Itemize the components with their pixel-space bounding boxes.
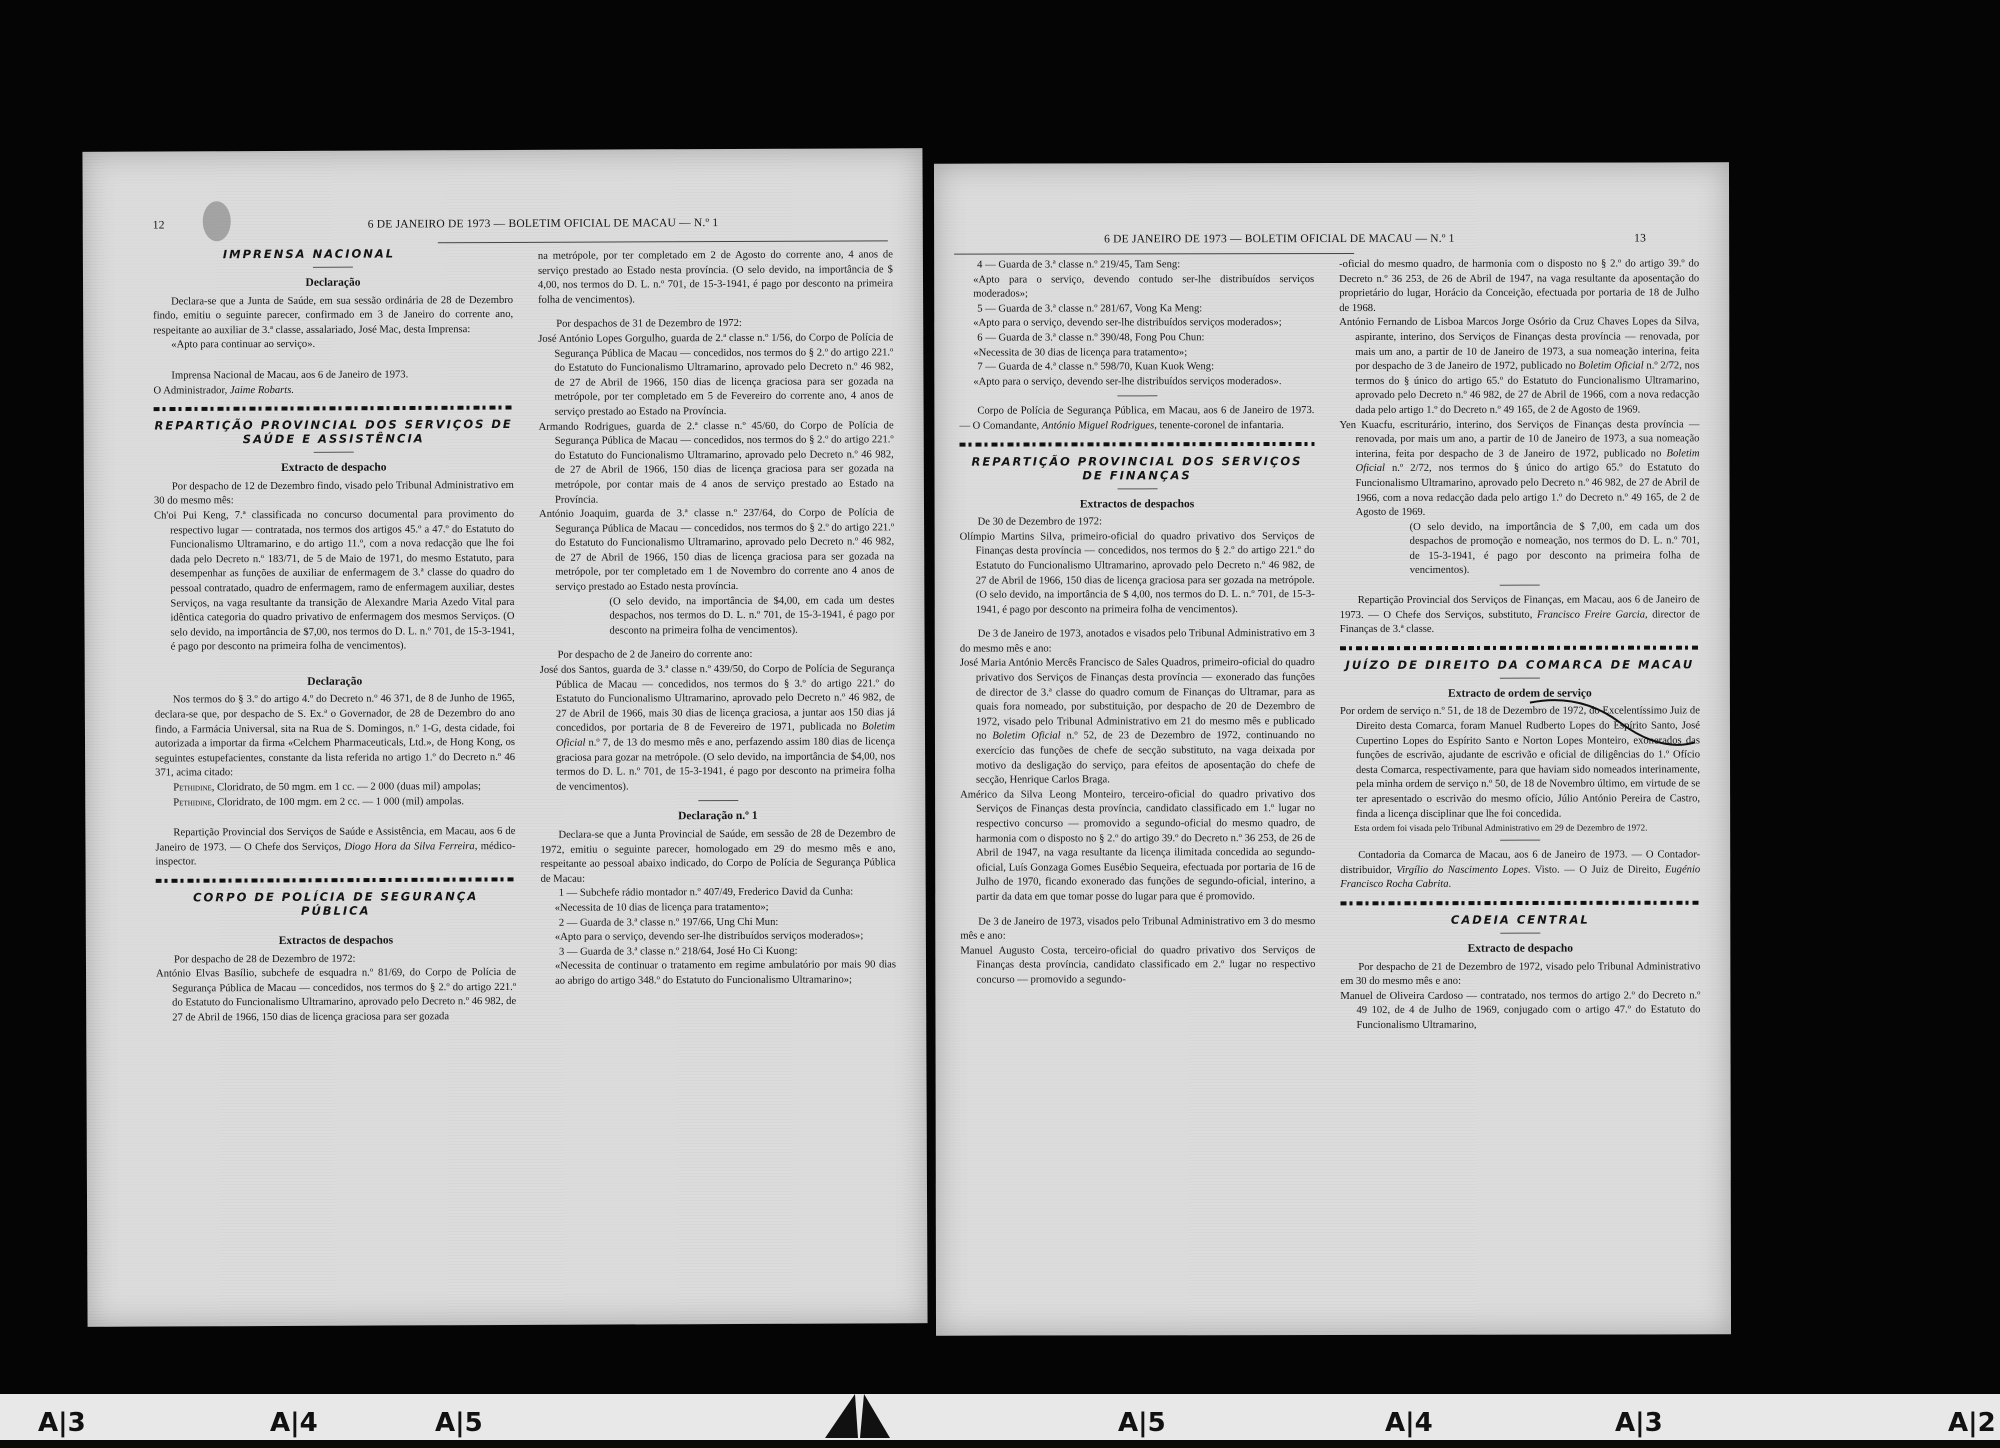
- right-column-2: -oficial do mesmo quadro, de harmonia co…: [1339, 257, 1700, 1033]
- subsection-title: Extractos de despachos: [960, 497, 1315, 512]
- paragraph: Yen Kuacfu, escriturário, interino, dos …: [1339, 418, 1699, 521]
- paragraph: De 30 de Dezembro de 1972:: [960, 515, 1315, 530]
- center-fold-notch: [820, 1392, 890, 1438]
- divider: [1500, 585, 1540, 586]
- frame-mark: A|5: [1118, 1408, 1166, 1438]
- film-strip: A|3 A|4 A|5 A|5 A|4 A|3 A|2: [0, 1394, 2000, 1448]
- left-column-1: Imprensa Nacional Declaração Declara-se …: [153, 242, 516, 1026]
- paragraph: Por despacho de 12 de Dezembro findo, vi…: [154, 479, 514, 510]
- signature-line: O Administrador, Jaime Robarts.: [153, 383, 513, 399]
- right-column-1: 4 — Guarda de 3.ª classe n.º 219/45, Tam…: [959, 258, 1315, 988]
- list-item-opinion: «Apto para o serviço, devendo contudo se…: [959, 273, 1314, 303]
- paragraph: Ch'oi Pui Keng, 7.ª classificada no conc…: [154, 508, 515, 656]
- list-item-opinion: «Necessita de 10 dias de licença para tr…: [541, 900, 896, 916]
- frame-mark: A|5: [435, 1408, 483, 1438]
- list-item: 5 — Guarda de 3.ª classe n.º 281/67, Von…: [959, 302, 1314, 317]
- section-title: Corpo de Polícia de Segurança Pública: [156, 889, 516, 919]
- paragraph: Olímpio Martins Silva, primeiro-oficial …: [960, 530, 1315, 618]
- stamp-duty-note: (O selo devido, na importância de $ 7,00…: [1340, 520, 1700, 579]
- list-item-opinion: «Necessita de continuar o tratamento em …: [541, 959, 896, 990]
- signature-line: Repartição Provincial dos Serviços de Sa…: [155, 825, 515, 870]
- paragraph: Por despacho de 21 de Dezembro de 1972, …: [1340, 960, 1700, 990]
- frame-mark: A|2: [1948, 1408, 1996, 1438]
- subsection-title: Extractos de despachos: [156, 933, 516, 949]
- signature-line: Imprensa Nacional de Macau, aos 6 de Jan…: [153, 368, 513, 384]
- signatory-name: Francisco Freire Garcia: [1537, 609, 1645, 620]
- paragraph: Por despachos de 31 de Dezembro de 1972:: [538, 317, 893, 333]
- frame-mark: A|3: [1615, 1408, 1663, 1438]
- subsection-title: Declaração n.º 1: [540, 809, 895, 825]
- paragraph: Por despacho de 2 de Janeiro do corrente…: [540, 648, 895, 664]
- signatory-name: Jaime Robarts.: [230, 384, 294, 395]
- page-number: 13: [1634, 232, 1646, 244]
- paragraph: Declara-se que a Junta Provincial de Saú…: [540, 827, 895, 887]
- list-item-opinion: «Necessita de 30 dias de licença para tr…: [959, 346, 1314, 361]
- paragraph: Américo da Silva Leong Monteiro, terceir…: [960, 788, 1315, 905]
- signature-line: Contadoria da Comarca de Macau, aos 6 de…: [1340, 849, 1700, 893]
- pen-mark: [1520, 682, 1700, 772]
- divider: [314, 452, 354, 453]
- running-head: 6 DE JANEIRO DE 1973 — BOLETIM OFICIAL D…: [1104, 233, 1455, 246]
- frame-mark: A|4: [270, 1408, 318, 1438]
- ornamental-divider: [156, 875, 516, 885]
- paragraph: Manuel de Oliveira Cardoso — contratado,…: [1340, 989, 1700, 1033]
- signature-line: Corpo de Polícia de Segurança Pública, e…: [959, 404, 1314, 434]
- paragraph: Declara-se que a Junta de Saúde, em sua …: [153, 294, 513, 339]
- subsection-title: Extracto de despacho: [1340, 941, 1700, 956]
- paragraph: De 3 de Janeiro de 1973, anotados e visa…: [960, 627, 1315, 657]
- list-item: 7 — Guarda de 4.ª classe n.º 598/70, Kua…: [959, 360, 1314, 375]
- left-page: 12 6 DE JANEIRO DE 1973 — BOLETIM OFICIA…: [82, 148, 927, 1327]
- section-title: Imprensa Nacional: [153, 246, 513, 262]
- divider: [1500, 933, 1540, 934]
- divider: [698, 800, 738, 801]
- section-title: Cadeia Central: [1340, 912, 1700, 927]
- list-item-opinion: «Apto para o serviço, devendo ser-lhe di…: [959, 375, 1314, 390]
- paragraph: Nos termos do § 3.º do artigo 4.º do Dec…: [155, 692, 515, 781]
- paragraph: Armando Rodrigues, guarda de 2.ª classe …: [539, 419, 894, 508]
- running-head: 6 DE JANEIRO DE 1973 — BOLETIM OFICIAL D…: [368, 217, 719, 231]
- list-item: 4 — Guarda de 3.ª classe n.º 219/45, Tam…: [959, 258, 1314, 273]
- subsection-title: Declaração: [155, 674, 515, 690]
- paragraph: -oficial do mesmo quadro, de harmonia co…: [1339, 257, 1699, 316]
- signatory-name: Virgílio do Nascimento Lopes: [1396, 864, 1527, 875]
- list-item: 2 — Guarda de 3.ª classe n.º 197/66, Ung…: [541, 915, 896, 931]
- paragraph: Por despacho de 28 de Dezembro de 1972:: [156, 952, 516, 968]
- film-edge: [0, 1440, 2000, 1448]
- paragraph: António Joaquim, guarda de 3.ª classe n.…: [539, 506, 894, 595]
- ornamental-divider: [1340, 643, 1700, 652]
- signatory-name: António Miguel Rodrigues: [1042, 420, 1154, 431]
- divider: [1500, 840, 1540, 841]
- left-column-2: na metrópole, por ter completado em 2 de…: [538, 248, 896, 989]
- divider: [1117, 488, 1157, 489]
- paragraph: António Elvas Basílio, subchefe de esqua…: [156, 966, 516, 1026]
- subsection-title: Declaração: [153, 275, 513, 291]
- right-page: 6 DE JANEIRO DE 1973 — BOLETIM OFICIAL D…: [934, 162, 1731, 1335]
- paragraph: António Fernando de Lisboa Marcos Jorge …: [1339, 316, 1699, 419]
- ink-smudge: [203, 201, 231, 241]
- paragraph: na metrópole, por ter completado em 2 de…: [538, 248, 893, 308]
- ornamental-divider: [1340, 898, 1700, 907]
- paragraph: De 3 de Janeiro de 1973, visados pelo Tr…: [960, 915, 1315, 945]
- header-rule: [954, 253, 1354, 255]
- section-title: Repartição Provincial dos Serviços de Sa…: [154, 417, 514, 447]
- drug-name: Pethidine: [173, 797, 212, 808]
- divider: [313, 267, 353, 268]
- stamp-duty-note: (O selo devido, na importância de $4,00,…: [539, 594, 894, 639]
- ornamental-divider: [959, 440, 1314, 449]
- list-item-opinion: «Apto para o serviço, devendo ser-lhe di…: [541, 929, 896, 945]
- frame-mark: A|4: [1385, 1408, 1433, 1438]
- paragraph: Esta ordem foi visada pelo Tribunal Admi…: [1340, 822, 1700, 835]
- frame-mark: A|3: [38, 1408, 86, 1438]
- ornamental-divider: [154, 403, 514, 413]
- signatory-name: Diogo Hora da Silva Ferreira: [344, 841, 474, 853]
- list-item: 3 — Guarda de 3.ª classe n.º 218/64, Jos…: [541, 944, 896, 960]
- list-item-opinion: «Apto para o serviço, devendo ser-lhe di…: [959, 316, 1314, 331]
- drug-name: Pethidine: [173, 782, 212, 793]
- paragraph: José António Lopes Gorgulho, guarda de 2…: [538, 331, 893, 420]
- paragraph: Manuel Augusto Costa, terceiro-oficial d…: [960, 944, 1315, 988]
- page-number: 12: [153, 219, 165, 231]
- section-title: Repartição Provincial dos Serviços de Fi…: [959, 454, 1314, 483]
- quote: «Apto para continuar ao serviço».: [153, 337, 513, 353]
- subsection-title: Extracto de despacho: [154, 460, 514, 476]
- divider: [1500, 677, 1540, 678]
- paragraph: José dos Santos, guarda de 3.ª classe n.…: [540, 662, 896, 795]
- paragraph: José Maria António Mercês Francisco de S…: [960, 656, 1315, 788]
- signature-line: Repartição Provincial dos Serviços de Fi…: [1340, 593, 1700, 637]
- divider: [1117, 396, 1157, 397]
- list-item: 1 — Subchefe rádio montador n.º 407/49, …: [541, 886, 896, 902]
- list-item: 6 — Guarda de 3.ª classe n.º 390/48, Fon…: [959, 331, 1314, 346]
- section-title: Juízo de Direito da Comarca de Macau: [1340, 657, 1700, 672]
